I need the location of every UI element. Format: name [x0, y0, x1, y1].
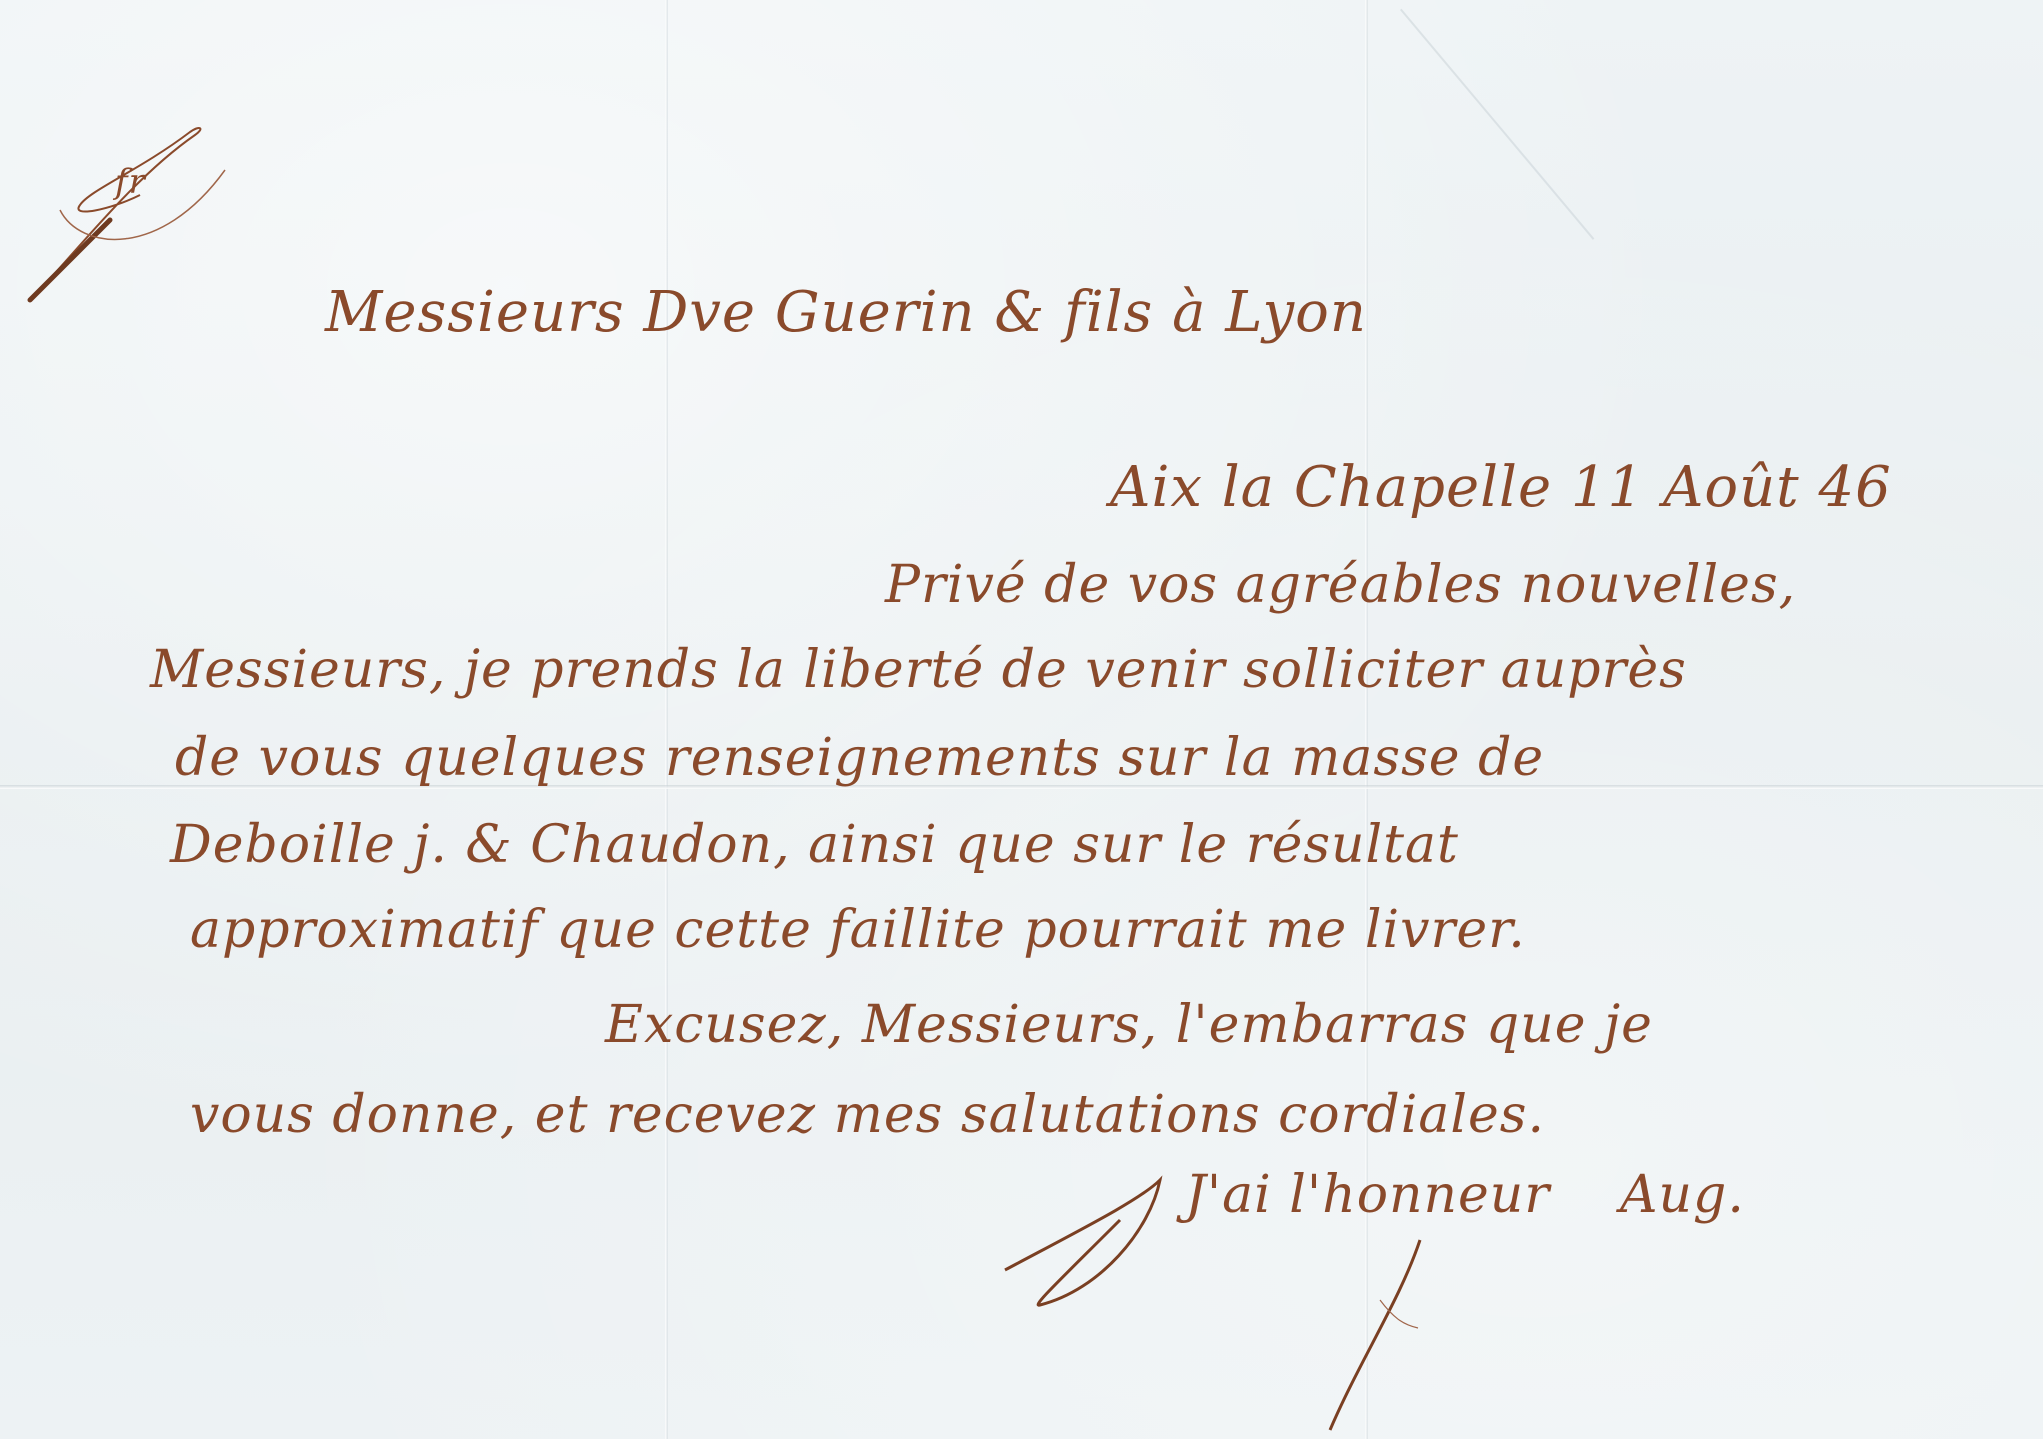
body-line-1: Privé de vos agréables nouvelles, — [885, 555, 1796, 615]
recipient-line: Messieurs Dve Guerin & fils à Lyon — [325, 280, 1367, 345]
body-line-5: approximatif que cette faillite pourrait… — [190, 900, 1526, 960]
diagonal-fold-crease — [1400, 9, 1594, 240]
body-line-3: de vous quelques renseignements sur la m… — [175, 728, 1544, 788]
signature-flourish-icon — [1000, 1140, 1500, 1439]
letter-page: fr Messieurs Dve Guerin & fils à Lyon Ai… — [0, 0, 2043, 1439]
signature: Aug. — [1620, 1165, 1745, 1225]
vertical-fold-crease — [665, 0, 668, 1439]
body-line-6: Excusez, Messieurs, l'embarras que je — [605, 995, 1653, 1055]
corner-flourish-icon — [10, 100, 240, 320]
body-line-7: vous donne, et recevez mes salutations c… — [190, 1085, 1545, 1145]
body-line-4: Deboille j. & Chaudon, ainsi que sur le … — [170, 815, 1459, 875]
corner-mark: fr — [115, 162, 146, 202]
place-date: Aix la Chapelle 11 Août 46 — [1110, 455, 1892, 520]
body-line-2: Messieurs, je prends la liberté de venir… — [150, 640, 1687, 700]
